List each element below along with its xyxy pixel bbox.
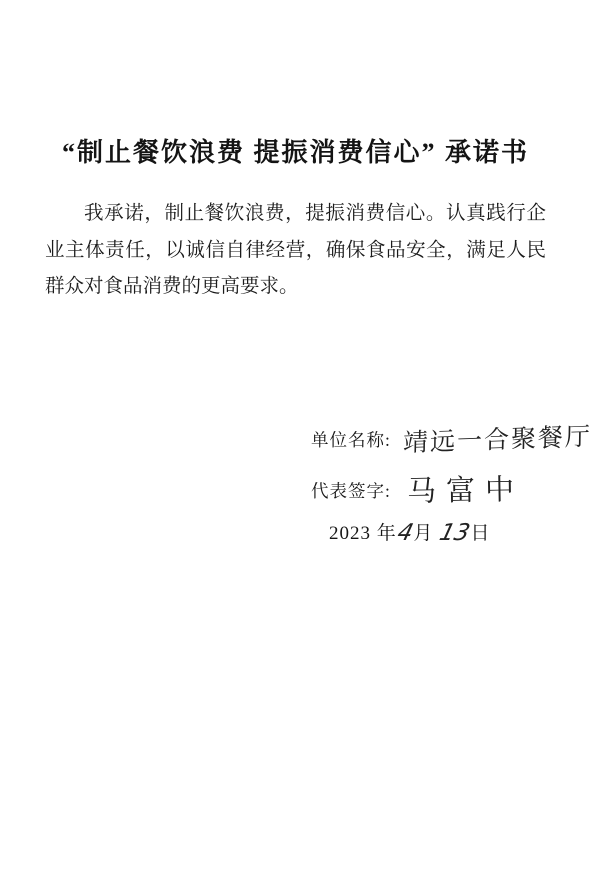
unit-name-label: 单位名称: [311,430,391,450]
document-title: “制止餐饮浪费 提振消费信心” 承诺书 [0,132,591,169]
signature-row-date: 2023 年4月 13日 [329,518,490,546]
representative-handwritten-signature: 马富中 [407,467,525,510]
unit-name-handwritten-value: 靖远一合聚餐厅 [403,417,591,460]
date-month-suffix: 月 [413,523,433,544]
representative-signature-label: 代表签字: [311,481,391,501]
document-page: “制止餐饮浪费 提振消费信心” 承诺书 我承诺，制止餐饮浪费，提振消费信心。认真… [0,0,591,886]
date-year-suffix: 年 [377,523,397,544]
signature-row-representative: 代表签字: 马富中 [311,468,524,509]
commitment-paragraph: 我承诺，制止餐饮浪费，提振消费信心。认真践行企业主体责任，以诚信自律经营，确保食… [45,196,546,306]
date-day-handwritten: 13 [437,520,473,546]
date-year: 2023 [329,523,371,544]
date-day-suffix: 日 [470,523,490,544]
signature-row-unit-name: 单位名称: 靖远一合聚餐厅 [311,420,591,456]
